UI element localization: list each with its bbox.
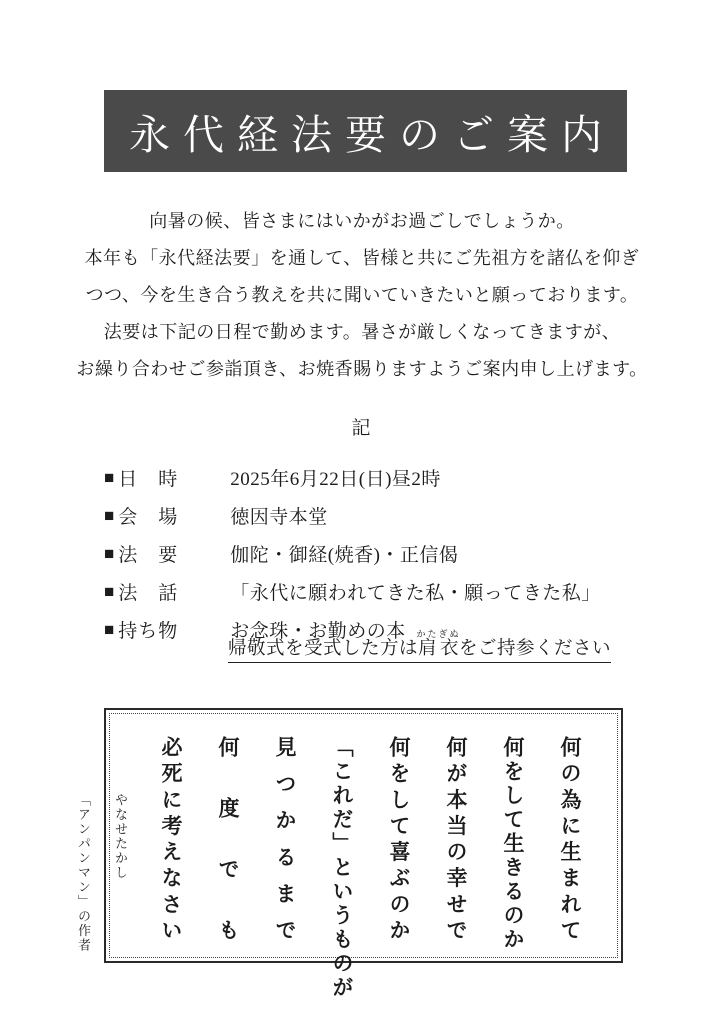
square-bullet-icon: ■ bbox=[104, 469, 114, 486]
detail-value: 伽陀・御経(焼香)・正信偈 bbox=[230, 540, 458, 567]
square-bullet-icon: ■ bbox=[104, 621, 114, 638]
poem-line: 何度でも bbox=[213, 736, 243, 943]
detail-value: 2025年6月22日(日)昼2時 bbox=[230, 464, 441, 491]
detail-label: 持ち物 bbox=[118, 616, 230, 643]
intro-line: 本年も「永代経法要」を通して、皆様と共にご先祖方を諸仏を仰ぎ bbox=[0, 240, 724, 277]
announcement-page: 永代経法要のご案内 向暑の候、皆さまにはいかがお過ごしでしょうか。 本年も「永代… bbox=[0, 0, 724, 1024]
title-banner: 永代経法要のご案内 bbox=[104, 90, 627, 172]
detail-label: 会 場 bbox=[118, 502, 230, 529]
intro-line: つつ、今を生き合う教えを共に聞いていきたいと願っております。 bbox=[0, 277, 724, 314]
poem-author: やなせたかし bbox=[110, 793, 129, 943]
square-bullet-icon: ■ bbox=[104, 545, 114, 562]
poem-line: 見つかるまで bbox=[270, 736, 300, 943]
note-ruby-reading: かたぎぬ bbox=[417, 629, 461, 639]
poem-line: 何の為に生まれて bbox=[555, 736, 585, 943]
detail-label: 法 要 bbox=[118, 540, 230, 567]
detail-value: 「永代に願われてきた私・願ってきた私」 bbox=[230, 578, 601, 605]
detail-item-datetime: ■ 日 時 2025年6月22日(日)昼2時 bbox=[104, 458, 644, 496]
intro-line: 向暑の候、皆さまにはいかがお過ごしでしょうか。 bbox=[0, 203, 724, 240]
poem-box: 何の為に生まれて 何をして生きるのか 何が本当の幸せで 何をして喜ぶのか 「これ… bbox=[104, 708, 623, 963]
detail-item-service: ■ 法 要 伽陀・御経(焼香)・正信偈 bbox=[104, 534, 644, 572]
details-list: ■ 日 時 2025年6月22日(日)昼2時 ■ 会 場 徳因寺本堂 ■ 法 要… bbox=[104, 458, 644, 648]
poem-content: 何の為に生まれて 何をして生きるのか 何が本当の幸せで 何をして喜ぶのか 「これ… bbox=[106, 710, 621, 961]
poem-author-note: 「アンパンマン」の作者 bbox=[73, 793, 92, 943]
record-marker: 記 bbox=[0, 413, 724, 440]
page-title: 永代経法要のご案内 bbox=[116, 102, 615, 161]
detail-item-sermon: ■ 法 話 「永代に願われてきた私・願ってきた私」 bbox=[104, 572, 644, 610]
kataginu-note: 帰敬式を受式した方は肩衣かたぎぬをご持参ください bbox=[228, 629, 611, 663]
square-bullet-icon: ■ bbox=[104, 583, 114, 600]
detail-label: 日 時 bbox=[118, 464, 230, 491]
detail-value: 徳因寺本堂 bbox=[230, 502, 328, 529]
detail-item-venue: ■ 会 場 徳因寺本堂 bbox=[104, 496, 644, 534]
note-ruby-base: 肩衣 bbox=[417, 639, 461, 659]
intro-line: 法要は下記の日程で勤めます。暑さが厳しくなってきますが、 bbox=[0, 314, 724, 351]
square-bullet-icon: ■ bbox=[104, 507, 114, 524]
detail-label: 法 話 bbox=[118, 578, 230, 605]
note-suffix: をご持参ください bbox=[459, 639, 611, 659]
poem-line: 何をして生きるのか bbox=[498, 736, 528, 943]
poem-line: 「これだ」というものが bbox=[327, 736, 357, 943]
intro-paragraph: 向暑の候、皆さまにはいかがお過ごしでしょうか。 本年も「永代経法要」を通して、皆… bbox=[0, 203, 724, 388]
poem-line: 何をして喜ぶのか bbox=[384, 736, 414, 943]
poem-line: 必死に考えなさい bbox=[156, 736, 186, 943]
intro-line: お繰り合わせご参詣頂き、お焼香賜りますようご案内申し上げます。 bbox=[0, 351, 724, 388]
note-prefix: 帰敬式を受式した方は bbox=[228, 639, 418, 659]
note-ruby-word: 肩衣かたぎぬ bbox=[418, 639, 459, 659]
poem-line: 何が本当の幸せで bbox=[441, 736, 471, 943]
